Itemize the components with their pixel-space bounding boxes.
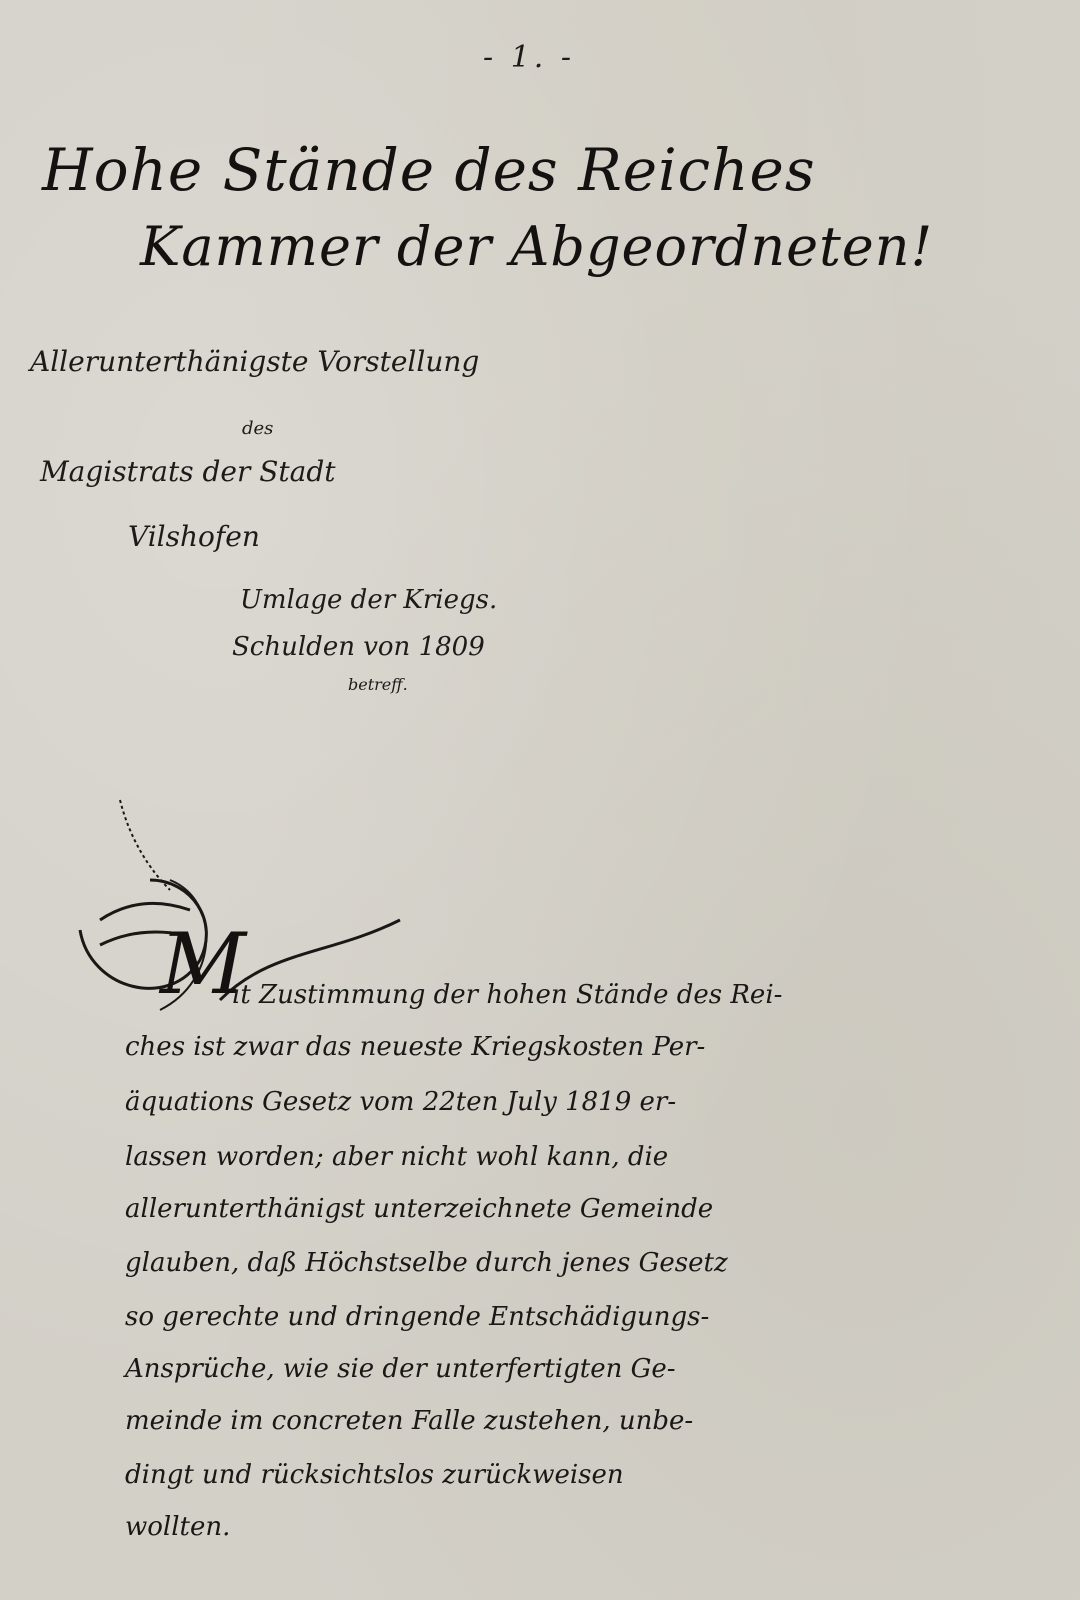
body-line: glauben, daß Höchstselbe durch jenes Ges…	[125, 1246, 1005, 1280]
address-line-1: Allerunterthänigste Vorstellung	[30, 345, 479, 378]
body-line: Ansprüche, wie sie der unterfertigten Ge…	[125, 1352, 1005, 1386]
page-number: - 1. -	[0, 40, 1058, 75]
body-line: allerunterthänigst unterzeichnete Gemein…	[125, 1192, 1005, 1226]
body-line: lassen worden; aber nicht wohl kann, die	[125, 1140, 1005, 1174]
subject-line-1: Umlage der Kriegs.	[240, 585, 497, 615]
body-line: so gerechte und dringende Entschädigungs…	[125, 1300, 1005, 1334]
address-line-3: Magistrats der Stadt	[40, 455, 336, 488]
document-page: - 1. - Hohe Stände des Reiches Kammer de…	[0, 0, 1080, 1600]
address-line-2: des	[242, 418, 273, 439]
address-line-4: Vilshofen	[128, 520, 260, 553]
title-line-2: Kammer der Abgeordneten!	[140, 212, 1080, 282]
subject-line-3: betreff.	[348, 675, 408, 694]
body-line: wollten.	[125, 1510, 1005, 1544]
body-line: meinde im concreten Falle zustehen, unbe…	[125, 1404, 1005, 1438]
body-line: dingt und rücksichtslos zurückweisen	[125, 1458, 1005, 1492]
body-line: äquations Gesetz vom 22ten July 1819 er-	[125, 1085, 1005, 1119]
body-line: it Zustimmung der hohen Stände des Rei-	[232, 978, 1080, 1012]
title-line-1: Hohe Stände des Reiches	[42, 135, 1042, 205]
body-line: ches ist zwar das neueste Kriegskosten P…	[125, 1030, 1005, 1064]
subject-line-2: Schulden von 1809	[232, 632, 485, 662]
